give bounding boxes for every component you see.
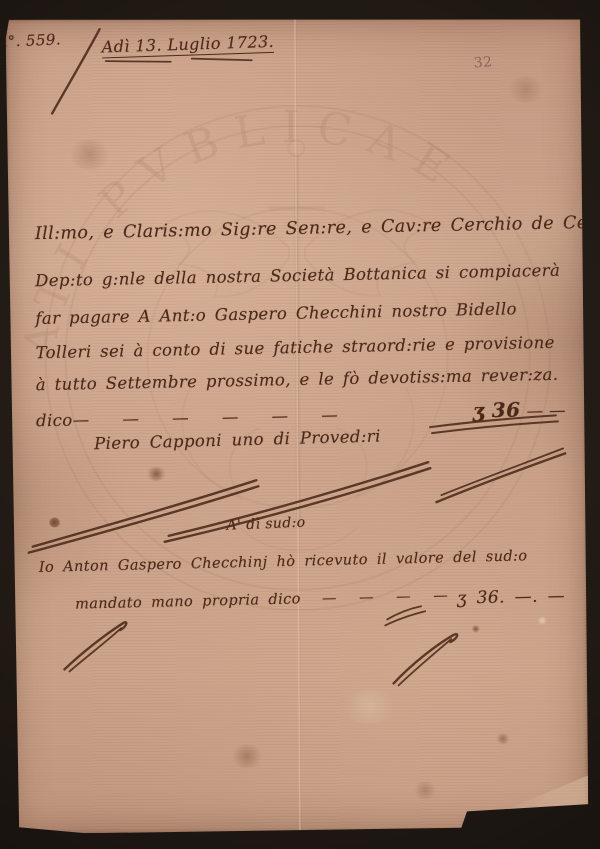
amount-label: dico: [36, 411, 73, 431]
body-line-2: Dep:to g:nle della nostra Società Bottan…: [35, 261, 560, 291]
date-heading: Adì 13. Luglio 1723.: [101, 32, 274, 57]
paper-smudge: [506, 76, 546, 102]
receipt-amount-value: ʒ 36. —. —: [457, 586, 566, 609]
receipt-line-1: Io Anton Gaspero Checchinj hò ricevuto i…: [39, 548, 528, 576]
amount-trailing-dashes: — —: [526, 401, 566, 421]
body-line-5: à tutto Settembre prossimo, e le fò devo…: [36, 365, 559, 394]
amount-line: dico — — — — — — ʒ 36 — —: [36, 397, 566, 432]
body-line-4: Tolleri sei à conto di sue fatiche strao…: [35, 333, 555, 362]
body-line-3: far pagare A Ant:o Gaspero Checchini nos…: [35, 299, 517, 328]
signature-piero-capponi: Piero Capponi uno di Proved:ri: [94, 426, 381, 453]
pencil-page-number: 32: [473, 54, 493, 71]
fox-spot-stain: [146, 467, 166, 481]
ink-spot-stain: [471, 625, 480, 633]
date-text: Adì 13. Luglio 1723.: [101, 32, 274, 59]
folded-corner: [460, 775, 588, 829]
amount-value: ʒ 36: [472, 398, 520, 423]
fox-spot-stain: [496, 733, 510, 745]
manuscript-paper-sheet: ATI PVBLICAE: [6, 16, 589, 834]
amount-dashes: — — — — — —: [72, 403, 466, 430]
ink-spot-stain: [49, 517, 61, 527]
paper-blotch: [230, 744, 264, 768]
paper-fleck: [537, 616, 547, 624]
body-line-1: Ill:mo, e Claris:mo Sig:re Sen:re, e Cav…: [35, 211, 589, 244]
receipt-line-2-label: mandato mano propria dico: [75, 591, 301, 612]
paper-light-patch: [340, 689, 400, 723]
receipt-dashes: — — — —: [301, 588, 457, 608]
scanned-manuscript-page: { "document": { "type": "manuscript-paym…: [0, 0, 600, 849]
paper-smudge: [66, 139, 112, 169]
folio-number: n°. 559.: [6, 30, 62, 51]
receipt-line-2: mandato mano propria dico — — — — ʒ 36. …: [75, 582, 565, 614]
paper-blotch: [412, 781, 438, 799]
receipt-heading: A' dì sud:o: [226, 515, 306, 534]
